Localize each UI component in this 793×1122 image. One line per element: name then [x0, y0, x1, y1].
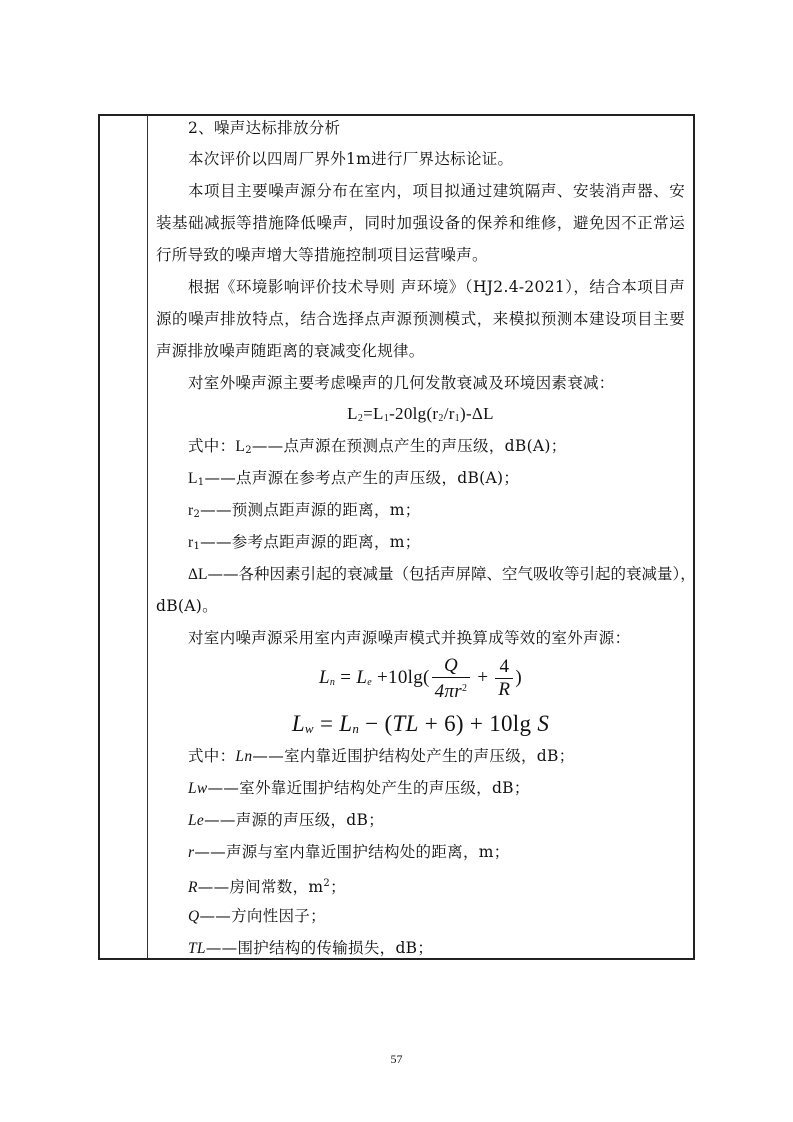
paragraph-2-line-1: 本项目主要噪声源分布在室内，项目拟通过建筑隔声、安装消声器、安	[188, 181, 685, 201]
paragraph-1: 本次评价以四周厂界外1m进行厂界达标论证。	[188, 149, 685, 169]
paragraph-4: 对室外噪声源主要考虑噪声的几何发散衰减及环境因素衰减：	[188, 373, 685, 393]
definition-L1: L1——点声源在参考点产生的声压级，dB(A)；	[188, 468, 685, 493]
definition-L2: 式中：L2——点声源在预测点产生的声压级，dB(A)；	[188, 436, 685, 461]
fraction-4-over-R: 4R	[495, 656, 513, 701]
definition-delta-L-cont: dB(A)。	[156, 596, 685, 616]
content-table: 2、噪声达标排放分析 本次评价以四周厂界外1m进行厂界达标论证。 本项目主要噪声…	[98, 114, 695, 960]
definition-Ln: 式中：Ln——室内靠近围护结构处产生的声压级，dB；	[188, 746, 685, 767]
section-title: 2、噪声达标排放分析	[188, 118, 685, 138]
paragraph-3-line-3: 声源排放噪声随距离的衰减变化规律。	[156, 341, 685, 361]
definition-Le: Le——声源的声压级，dB；	[188, 810, 685, 831]
page-number: 57	[0, 1052, 793, 1067]
paragraph-3-line-1: 根据《环境影响评价技术导则 声环境》（HJ2.4-2021），结合本项目声	[188, 277, 685, 297]
definition-Q: Q——方向性因子；	[188, 906, 685, 927]
definition-r2: r2——预测点距声源的距离，m；	[188, 500, 685, 525]
definition-r1: r1——参考点距声源的距离，m；	[188, 532, 685, 557]
definition-Lw: Lw——室外靠近围护结构处产生的声压级，dB；	[188, 778, 685, 799]
fraction-q-over-4pir2: Q4πr2	[432, 655, 471, 703]
paragraph-5: 对室内噪声源采用室内声源噪声模式并换算成等效的室外声源：	[188, 628, 685, 648]
definition-TL: TL——围护结构的传输损失，dB；	[188, 938, 685, 959]
formula-outdoor-level: Lw = Ln − (TL + 6) + 10lg S	[148, 708, 693, 740]
definition-delta-L: ΔL——各种因素引起的衰减量（包括声屏障、空气吸收等引起的衰减量），	[188, 564, 685, 585]
formula-indoor-level: Ln = Le +10lg(Q4πr2 + 4R)	[148, 648, 693, 708]
table-left-column	[100, 116, 148, 958]
paragraph-2-line-2: 装基础减振等措施降低噪声，同时加强设备的保养和维修，避免因不正常运	[156, 213, 685, 233]
definition-R: R——房间常数，m2；	[188, 874, 685, 898]
definition-r: r——声源与室内靠近围护结构处的距离，m；	[188, 842, 685, 863]
table-content-cell: 2、噪声达标排放分析 本次评价以四周厂界外1m进行厂界达标论证。 本项目主要噪声…	[148, 116, 693, 958]
formula-point-source: L2=L1-20lg(r2/r1)-ΔL	[148, 404, 693, 429]
paragraph-2-line-3: 行所导致的噪声增大等措施控制项目运营噪声。	[156, 245, 685, 265]
paragraph-3-line-2: 源的噪声排放特点，结合选择点声源预测模式，来模拟预测本建设项目主要	[156, 309, 685, 329]
